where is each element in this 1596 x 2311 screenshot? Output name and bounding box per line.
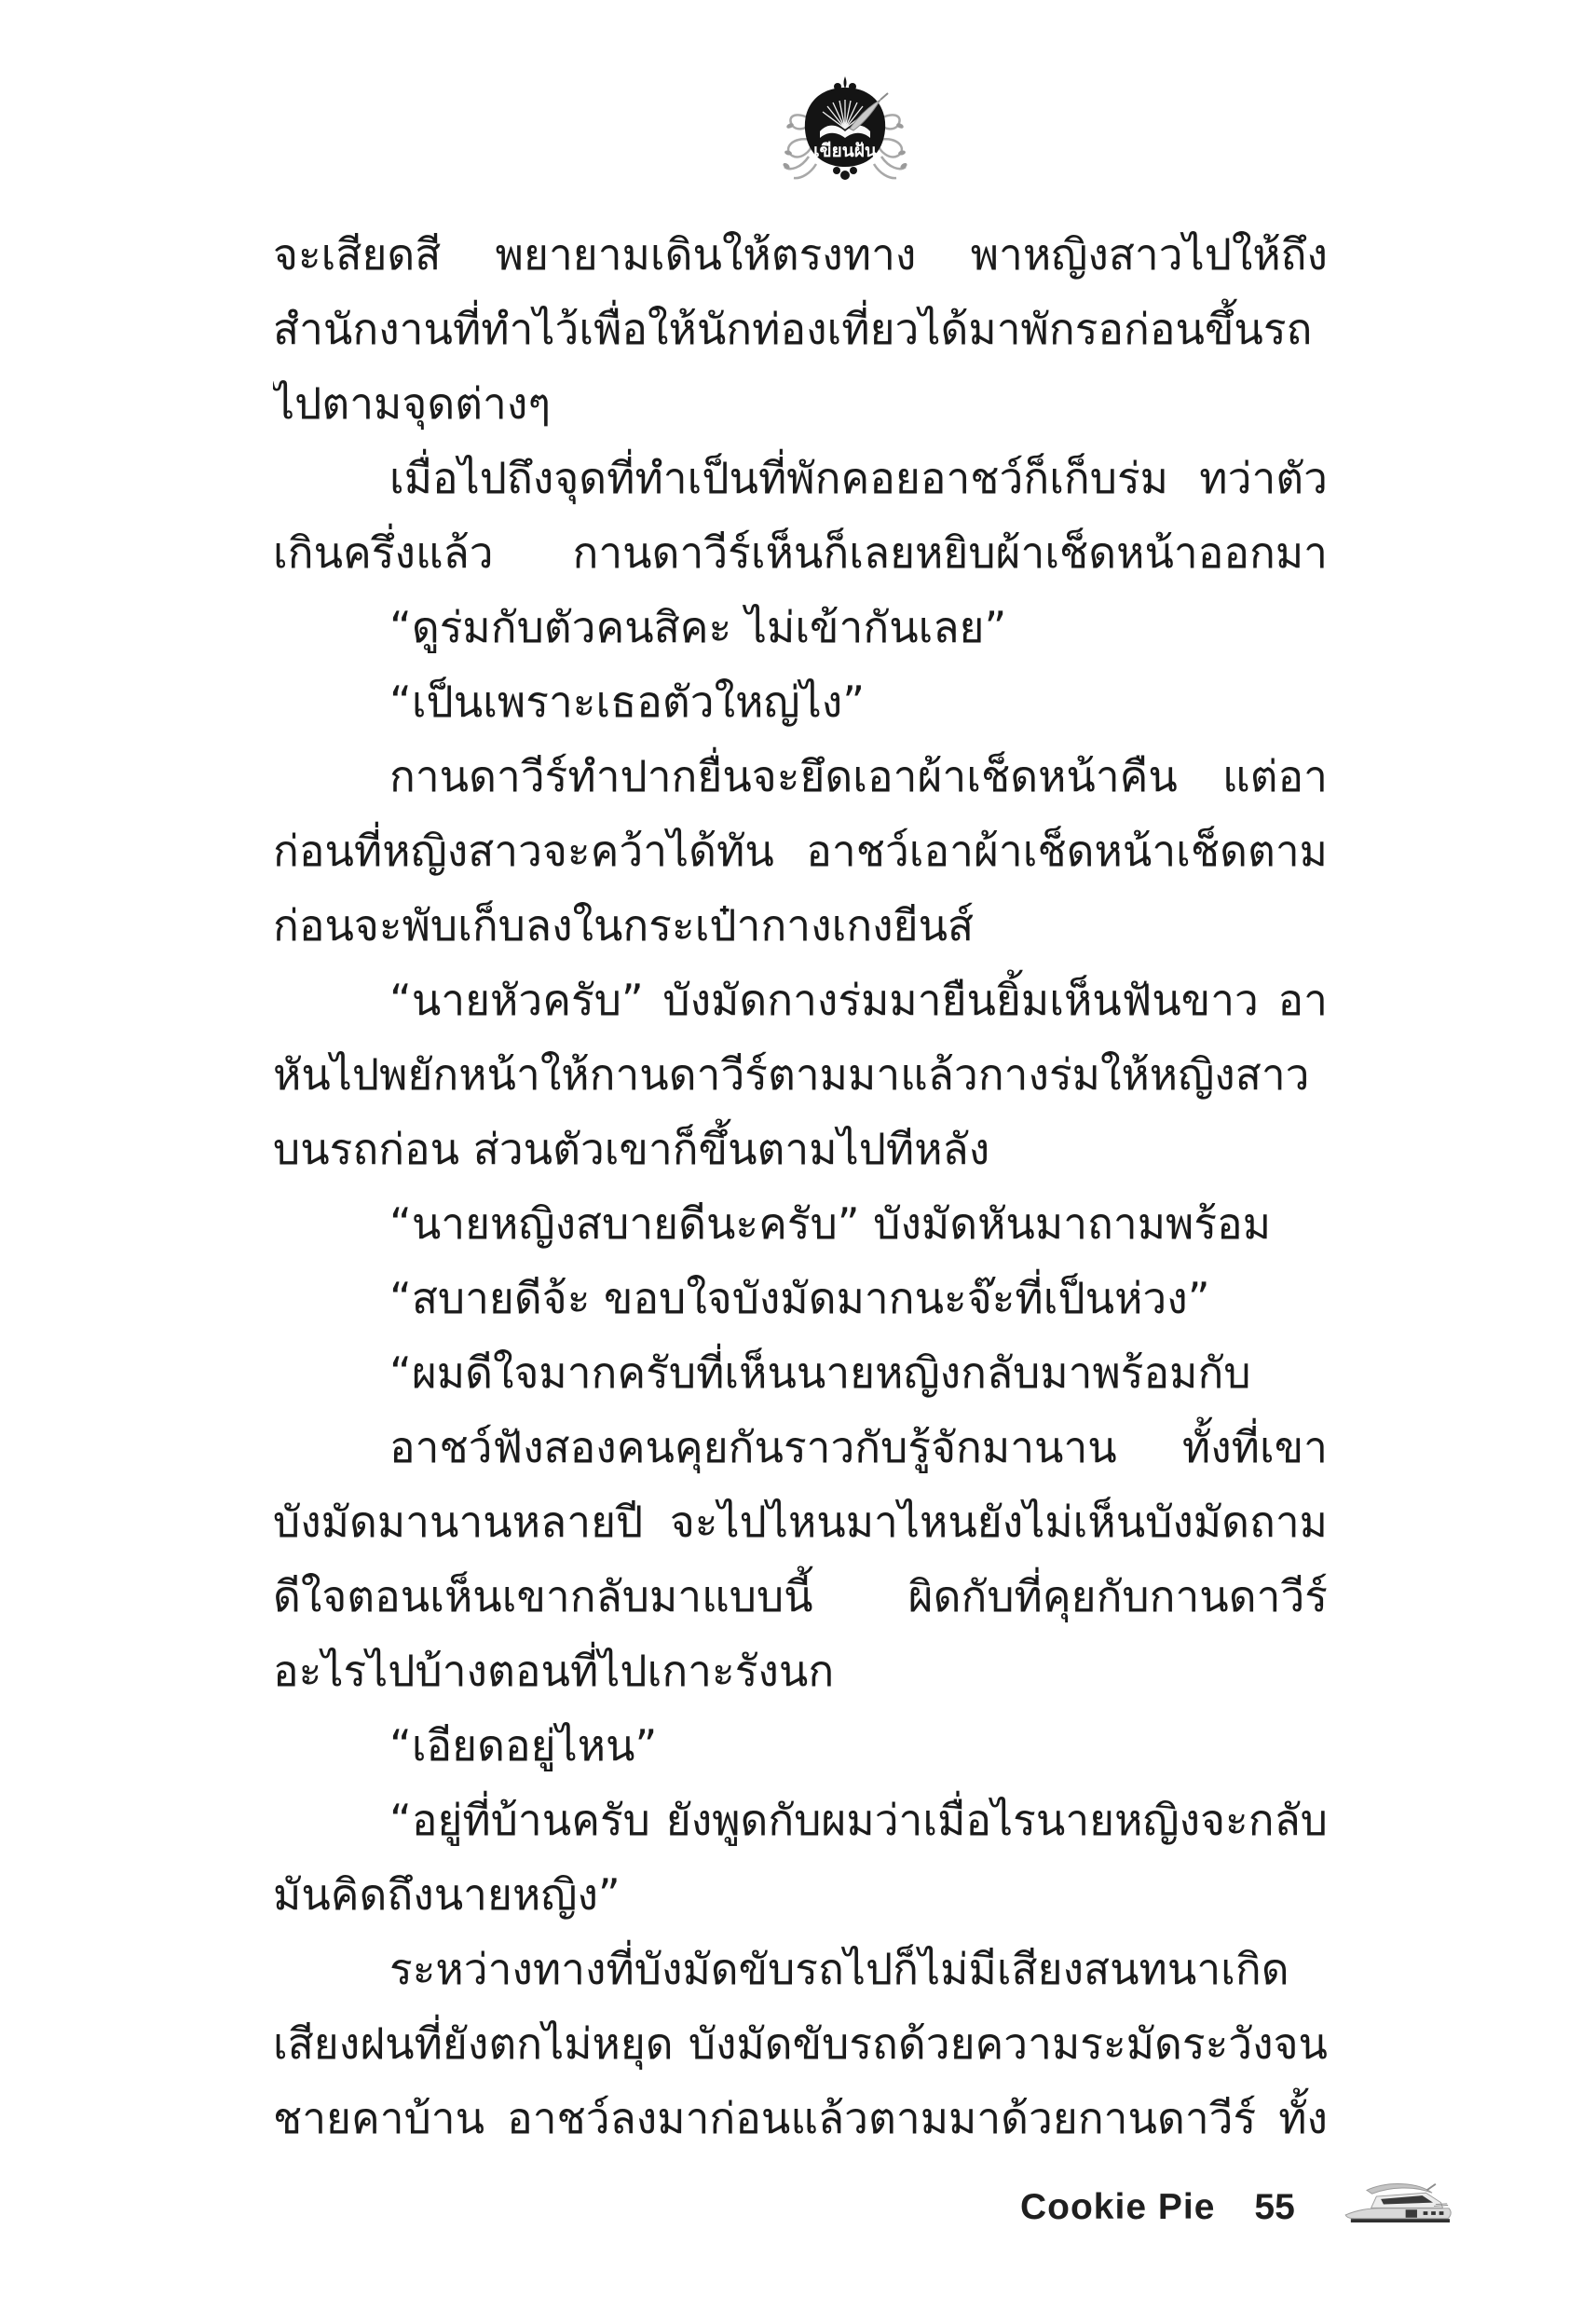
text-line: ชายคาบ้าน อาชว์ลงมาก่อนแล้วตามมาด้วยกานด… <box>273 2081 1328 2155</box>
text-line: “ดูร่มกับตัวคนสิคะ ไม่เข้ากันเลย” <box>273 590 1328 664</box>
bottom-ornament <box>833 167 857 180</box>
text-line: ก่อนที่หญิงสาวจะคว้าได้ทัน อาชว์เอาผ้าเช… <box>273 814 1328 888</box>
text-line: “นายหญิงสบายดีนะครับ” บังมัดหันมาถามพร้อ… <box>273 1186 1328 1261</box>
text-line: “อยู่ที่บ้านครับ ยังพูดกับผมว่าเมื่อไรนา… <box>273 1783 1328 1857</box>
text-line: “เอียดอยู่ไหน” <box>273 1708 1328 1783</box>
text-line: เกินครึ่งแล้ว กานดาวีร์เห็นก็เลยหยิบผ้าเ… <box>273 515 1328 590</box>
yacht-icon <box>1342 2180 1457 2236</box>
book-page: เขียนฝัน จะเสียดสี พยายามเดินให้ตรงทาง พ… <box>0 0 1596 2311</box>
text-line: “ผมดีใจมากครับที่เห็นนายหญิงกลับมาพร้อมก… <box>273 1335 1328 1410</box>
text-line: เสียงฝนที่ยังตกไม่หยุด บังมัดขับรถด้วยคว… <box>273 2006 1328 2081</box>
text-line: อะไรไปบ้างตอนที่ไปเกาะรังนก <box>273 1634 1328 1708</box>
text-line: มันคิดถึงนายหญิง” <box>273 1857 1328 1932</box>
text-line: กานดาวีร์ทำปากยื่นจะยึดเอาผ้าเช็ดหน้าคืน… <box>273 739 1328 814</box>
text-line: ก่อนจะพับเก็บลงในกระเป๋ากางเกงยีนส์ <box>273 888 1328 963</box>
text-line: ระหว่างทางที่บังมัดขับรถไปก็ไม่มีเสียงสน… <box>273 1932 1328 2006</box>
text-line: “เป็นเพราะเธอตัวใหญ่ไง” <box>273 664 1328 739</box>
text-line: “นายหัวครับ” บังมัดกางร่มมายืนยิ้มเห็นฟั… <box>273 963 1328 1037</box>
publisher-logo: เขียนฝัน <box>779 75 911 185</box>
text-line: “สบายดีจ้ะ ขอบใจบังมัดมากนะจ๊ะที่เป็นห่ว… <box>273 1261 1328 1335</box>
page-footer: Cookie Pie 55 <box>1020 2179 1457 2236</box>
text-line: เมื่อไปถึงจุดที่ทำเป็นที่พักคอยอาชว์ก็เก… <box>273 441 1328 515</box>
text-line: ดีใจตอนเห็นเขากลับมาแบบนี้ ผิดกับที่คุยก… <box>273 1559 1328 1634</box>
text-line: บังมัดมานานหลายปี จะไปไหนมาไหนยังไม่เห็น… <box>273 1484 1328 1559</box>
text-line: อาชว์ฟังสองคนคุยกันราวกับรู้จักมานาน ทั้… <box>273 1410 1328 1484</box>
page-text-block: จะเสียดสี พยายามเดินให้ตรงทาง พาหญิงสาวไ… <box>273 217 1328 2155</box>
text-line: บนรถก่อน ส่วนตัวเขาก็ขึ้นตามไปทีหลัง <box>273 1112 1328 1186</box>
text-line: หันไปพยักหน้าให้กานดาวีร์ตามมาแล้วกางร่ม… <box>273 1037 1328 1112</box>
book-and-quill-emblem-icon: เขียนฝัน <box>779 75 911 185</box>
book-title: Cookie Pie <box>1020 2187 1215 2228</box>
page-number: 55 <box>1254 2187 1294 2228</box>
text-line: ไปตามจุดต่างๆ <box>273 366 1328 441</box>
publisher-logo-text: เขียนฝัน <box>813 141 877 161</box>
text-line: จะเสียดสี พยายามเดินให้ตรงทาง พาหญิงสาวไ… <box>273 217 1328 292</box>
text-line: สำนักงานที่ทำไว้เพื่อให้นักท่องเที่ยวได้… <box>273 292 1328 366</box>
